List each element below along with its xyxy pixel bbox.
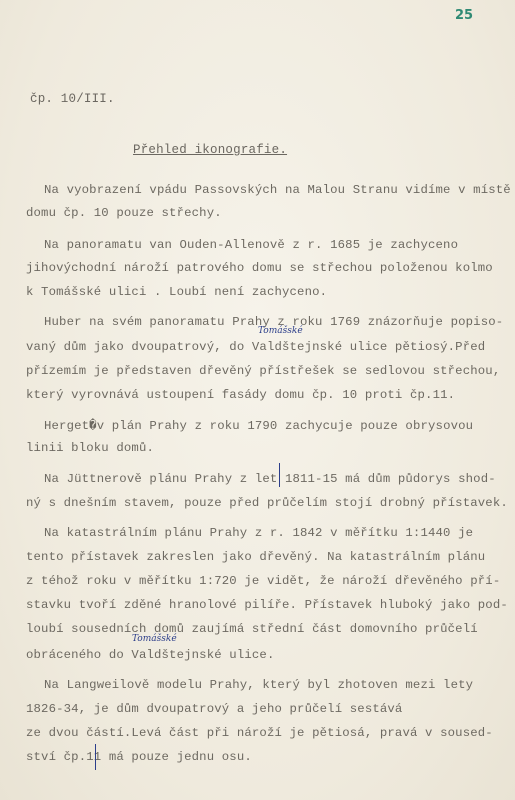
text-line: Na katastrálním plánu Prahy z r. 1842 v … bbox=[44, 526, 473, 540]
text-line: Na panoramatu van Ouden-Allenově z r. 16… bbox=[44, 238, 458, 252]
text-line: jihovýchodní nároží patrového domu se st… bbox=[26, 261, 493, 275]
text-line: ze dvou částí.Levá část při nároží je pě… bbox=[26, 726, 493, 740]
text-line: Herget�v plán Prahy z roku 1790 zachycuj… bbox=[44, 418, 473, 433]
text-line: linii bloku domů. bbox=[26, 441, 154, 455]
text-line: Na Langweilově modelu Prahy, který byl z… bbox=[44, 678, 473, 692]
text-line: domu čp. 10 pouze střechy. bbox=[26, 206, 222, 220]
text-line: tento přístavek zakreslen jako dřevěný. … bbox=[26, 550, 485, 564]
document-page: 25 čp. 10/III. Přehled ikonografie. Na v… bbox=[0, 0, 515, 800]
text-line: loubí sousedních domů zaujímá střední čá… bbox=[26, 622, 478, 636]
text-line: ný s dnešním stavem, pouze před průčelím… bbox=[26, 496, 508, 510]
pen-mark bbox=[279, 463, 280, 487]
page-number: 25 bbox=[455, 8, 473, 23]
text-line: Na vyobrazení vpádu Passovských na Malou… bbox=[44, 183, 511, 197]
document-title: Přehled ikonografie. bbox=[133, 143, 287, 157]
text-line: Na Jüttnerově plánu Prahy z let 1811-15 … bbox=[44, 472, 496, 486]
text-line: 1826-34, je dům dvoupatrový a jeho průče… bbox=[26, 702, 402, 716]
reference-number: čp. 10/III. bbox=[30, 92, 115, 106]
text-line: obráceného do Valdštejnské ulice. bbox=[26, 648, 274, 662]
text-line: ství čp.11 má pouze jednu osu. bbox=[26, 750, 252, 764]
handwritten-correction: Tomášské bbox=[258, 326, 303, 336]
text-line: vaný dům jako dvoupatrový, do Valdštejns… bbox=[26, 340, 485, 354]
text-line: k Tomášské ulici . Loubí není zachyceno. bbox=[26, 285, 327, 299]
text-line: z téhož roku v měřítku 1:720 je vidět, ž… bbox=[26, 574, 500, 588]
pen-mark bbox=[95, 744, 96, 770]
text-line: přízemím je představen dřevěný přístřeše… bbox=[26, 364, 500, 378]
handwritten-correction: Tomášské bbox=[132, 634, 177, 644]
text-line: stavku tvoří zděné hranolové pilíře. Pří… bbox=[26, 598, 508, 612]
text-line: který vyrovnává ustoupení fasády domu čp… bbox=[26, 388, 455, 402]
